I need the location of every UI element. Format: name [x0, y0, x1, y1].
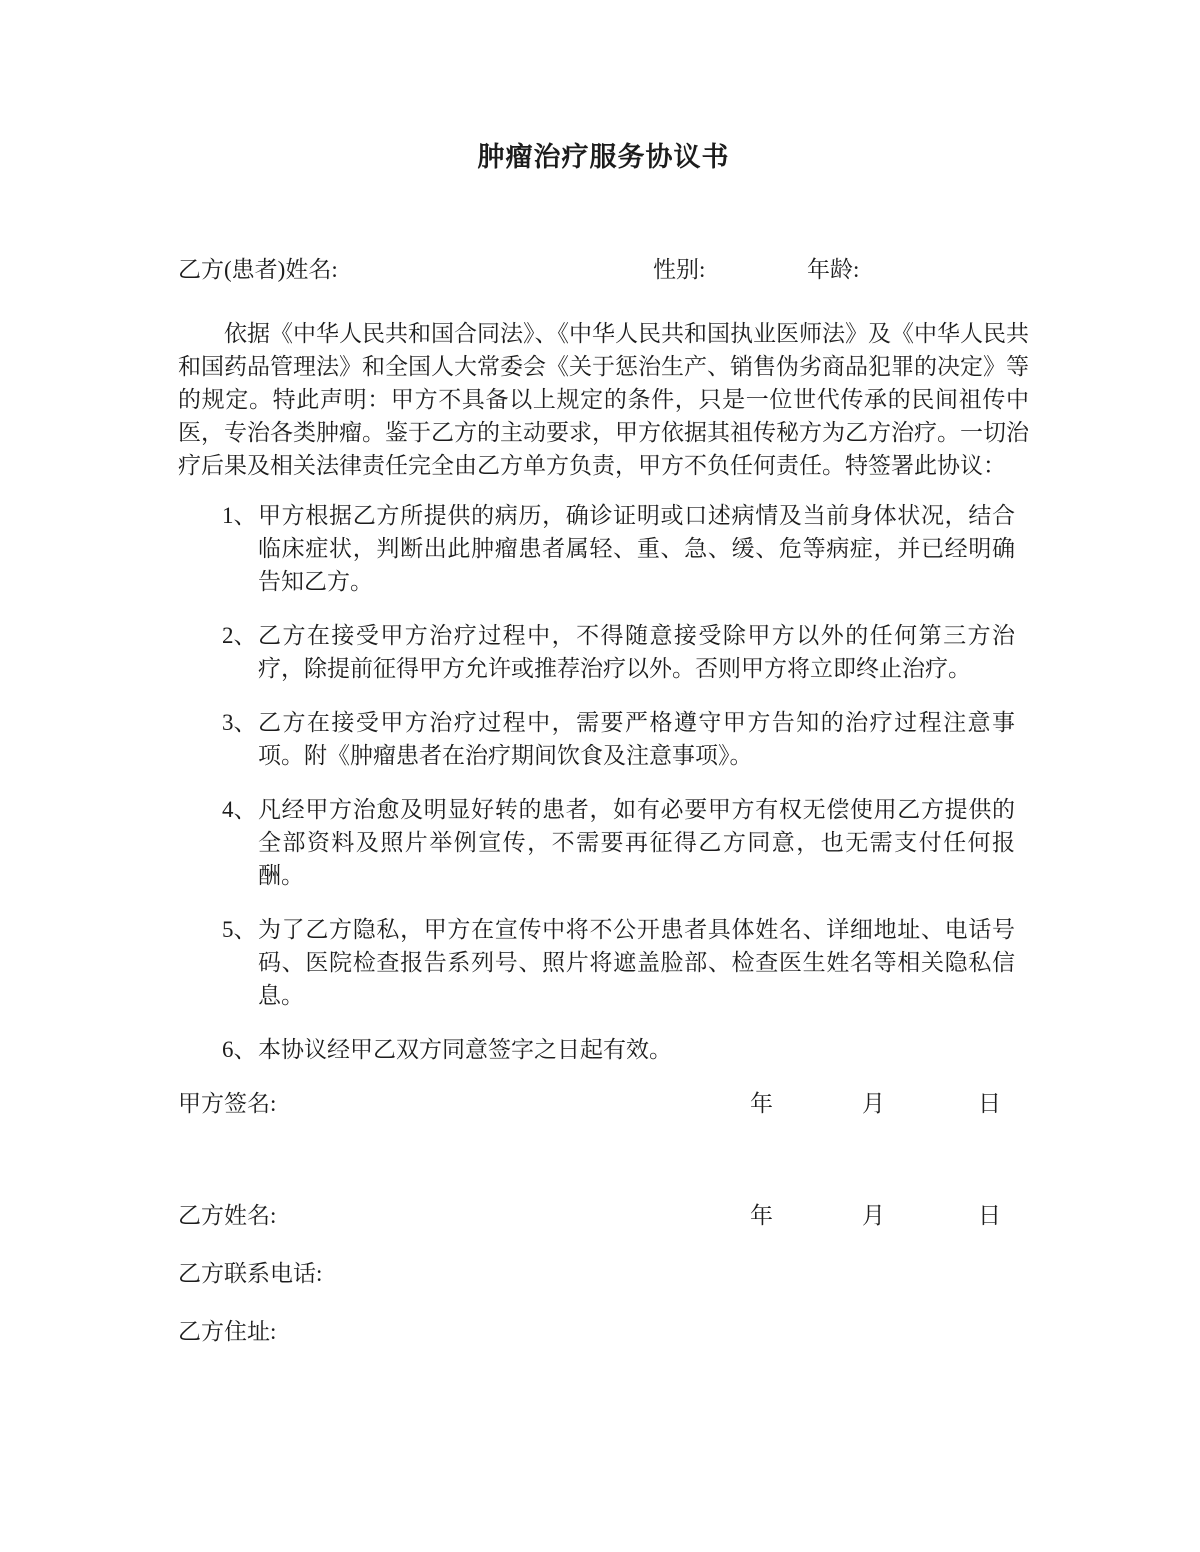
clause-item-6: 6、 本协议经甲乙双方同意签字之日起有效。: [222, 1033, 1015, 1066]
day-label: 日: [978, 1199, 1001, 1232]
clause-text: 乙方在接受甲方治疗过程中，不得随意接受除甲方以外的任何第三方治疗，除提前征得甲方…: [258, 619, 1015, 685]
clause-text: 凡经甲方治愈及明显好转的患者，如有必要甲方有权无偿使用乙方提供的全部资料及照片举…: [258, 793, 1015, 892]
day-label: 日: [978, 1087, 1001, 1120]
document-title: 肿瘤治疗服务协议书: [178, 142, 1029, 172]
clause-item-1: 1、 甲方根据乙方所提供的病历，确诊证明或口述病情及当前身体状况，结合临床症状，…: [222, 499, 1015, 598]
clause-number: 5、: [222, 913, 258, 1012]
clause-number: 6、: [222, 1033, 258, 1066]
clause-text: 甲方根据乙方所提供的病历，确诊证明或口述病情及当前身体状况，结合临床症状，判断出…: [258, 499, 1015, 598]
clause-item-4: 4、 凡经甲方治愈及明显好转的患者，如有必要甲方有权无偿使用乙方提供的全部资料及…: [222, 793, 1015, 892]
clause-item-5: 5、 为了乙方隐私，甲方在宣传中将不公开患者具体姓名、详细地址、电话号码、医院检…: [222, 913, 1015, 1012]
clause-number: 1、: [222, 499, 258, 598]
clause-number: 4、: [222, 793, 258, 892]
clause-text: 本协议经甲乙双方同意签字之日起有效。: [258, 1033, 1015, 1066]
party-b-phone-label: 乙方联系电话:: [178, 1257, 322, 1290]
clause-text: 为了乙方隐私，甲方在宣传中将不公开患者具体姓名、详细地址、电话号码、医院检查报告…: [258, 913, 1015, 1012]
clause-list: 1、 甲方根据乙方所提供的病历，确诊证明或口述病情及当前身体状况，结合临床症状，…: [178, 499, 1029, 1066]
age-label: 年龄:: [807, 253, 859, 286]
party-b-address-label: 乙方住址:: [178, 1315, 276, 1348]
clause-item-2: 2、 乙方在接受甲方治疗过程中，不得随意接受除甲方以外的任何第三方治疗，除提前征…: [222, 619, 1015, 685]
gender-label: 性别:: [653, 253, 705, 286]
month-label: 月: [862, 1199, 885, 1232]
party-b-name-label: 乙方(患者)姓名:: [178, 253, 338, 286]
agreement-document-page: 肿瘤治疗服务协议书 乙方(患者)姓名: 性别: 年龄: 依据《中华人民共和国合同…: [0, 0, 1200, 1552]
month-label: 月: [862, 1087, 885, 1120]
clause-number: 3、: [222, 706, 258, 772]
preamble-paragraph: 依据《中华人民共和国合同法》、《中华人民共和国执业医师法》及《中华人民共和国药品…: [178, 317, 1029, 482]
party-a-sign-label: 甲方签名:: [178, 1087, 276, 1120]
clause-text: 乙方在接受甲方治疗过程中，需要严格遵守甲方告知的治疗过程注意事项。附《肿瘤患者在…: [258, 706, 1015, 772]
clause-item-3: 3、 乙方在接受甲方治疗过程中，需要严格遵守甲方告知的治疗过程注意事项。附《肿瘤…: [222, 706, 1015, 772]
party-a-signature-row: 甲方签名: 年 月 日: [178, 1087, 1029, 1120]
party-b-name-row: 乙方姓名: 年 月 日: [178, 1199, 1029, 1232]
party-b-address-row: 乙方住址:: [178, 1315, 1029, 1348]
party-b-sign-name-label: 乙方姓名:: [178, 1199, 276, 1232]
year-label: 年: [750, 1087, 773, 1120]
year-label: 年: [750, 1199, 773, 1232]
patient-info-line: 乙方(患者)姓名: 性别: 年龄:: [178, 253, 1029, 286]
clause-number: 2、: [222, 619, 258, 685]
party-b-phone-row: 乙方联系电话:: [178, 1257, 1029, 1290]
